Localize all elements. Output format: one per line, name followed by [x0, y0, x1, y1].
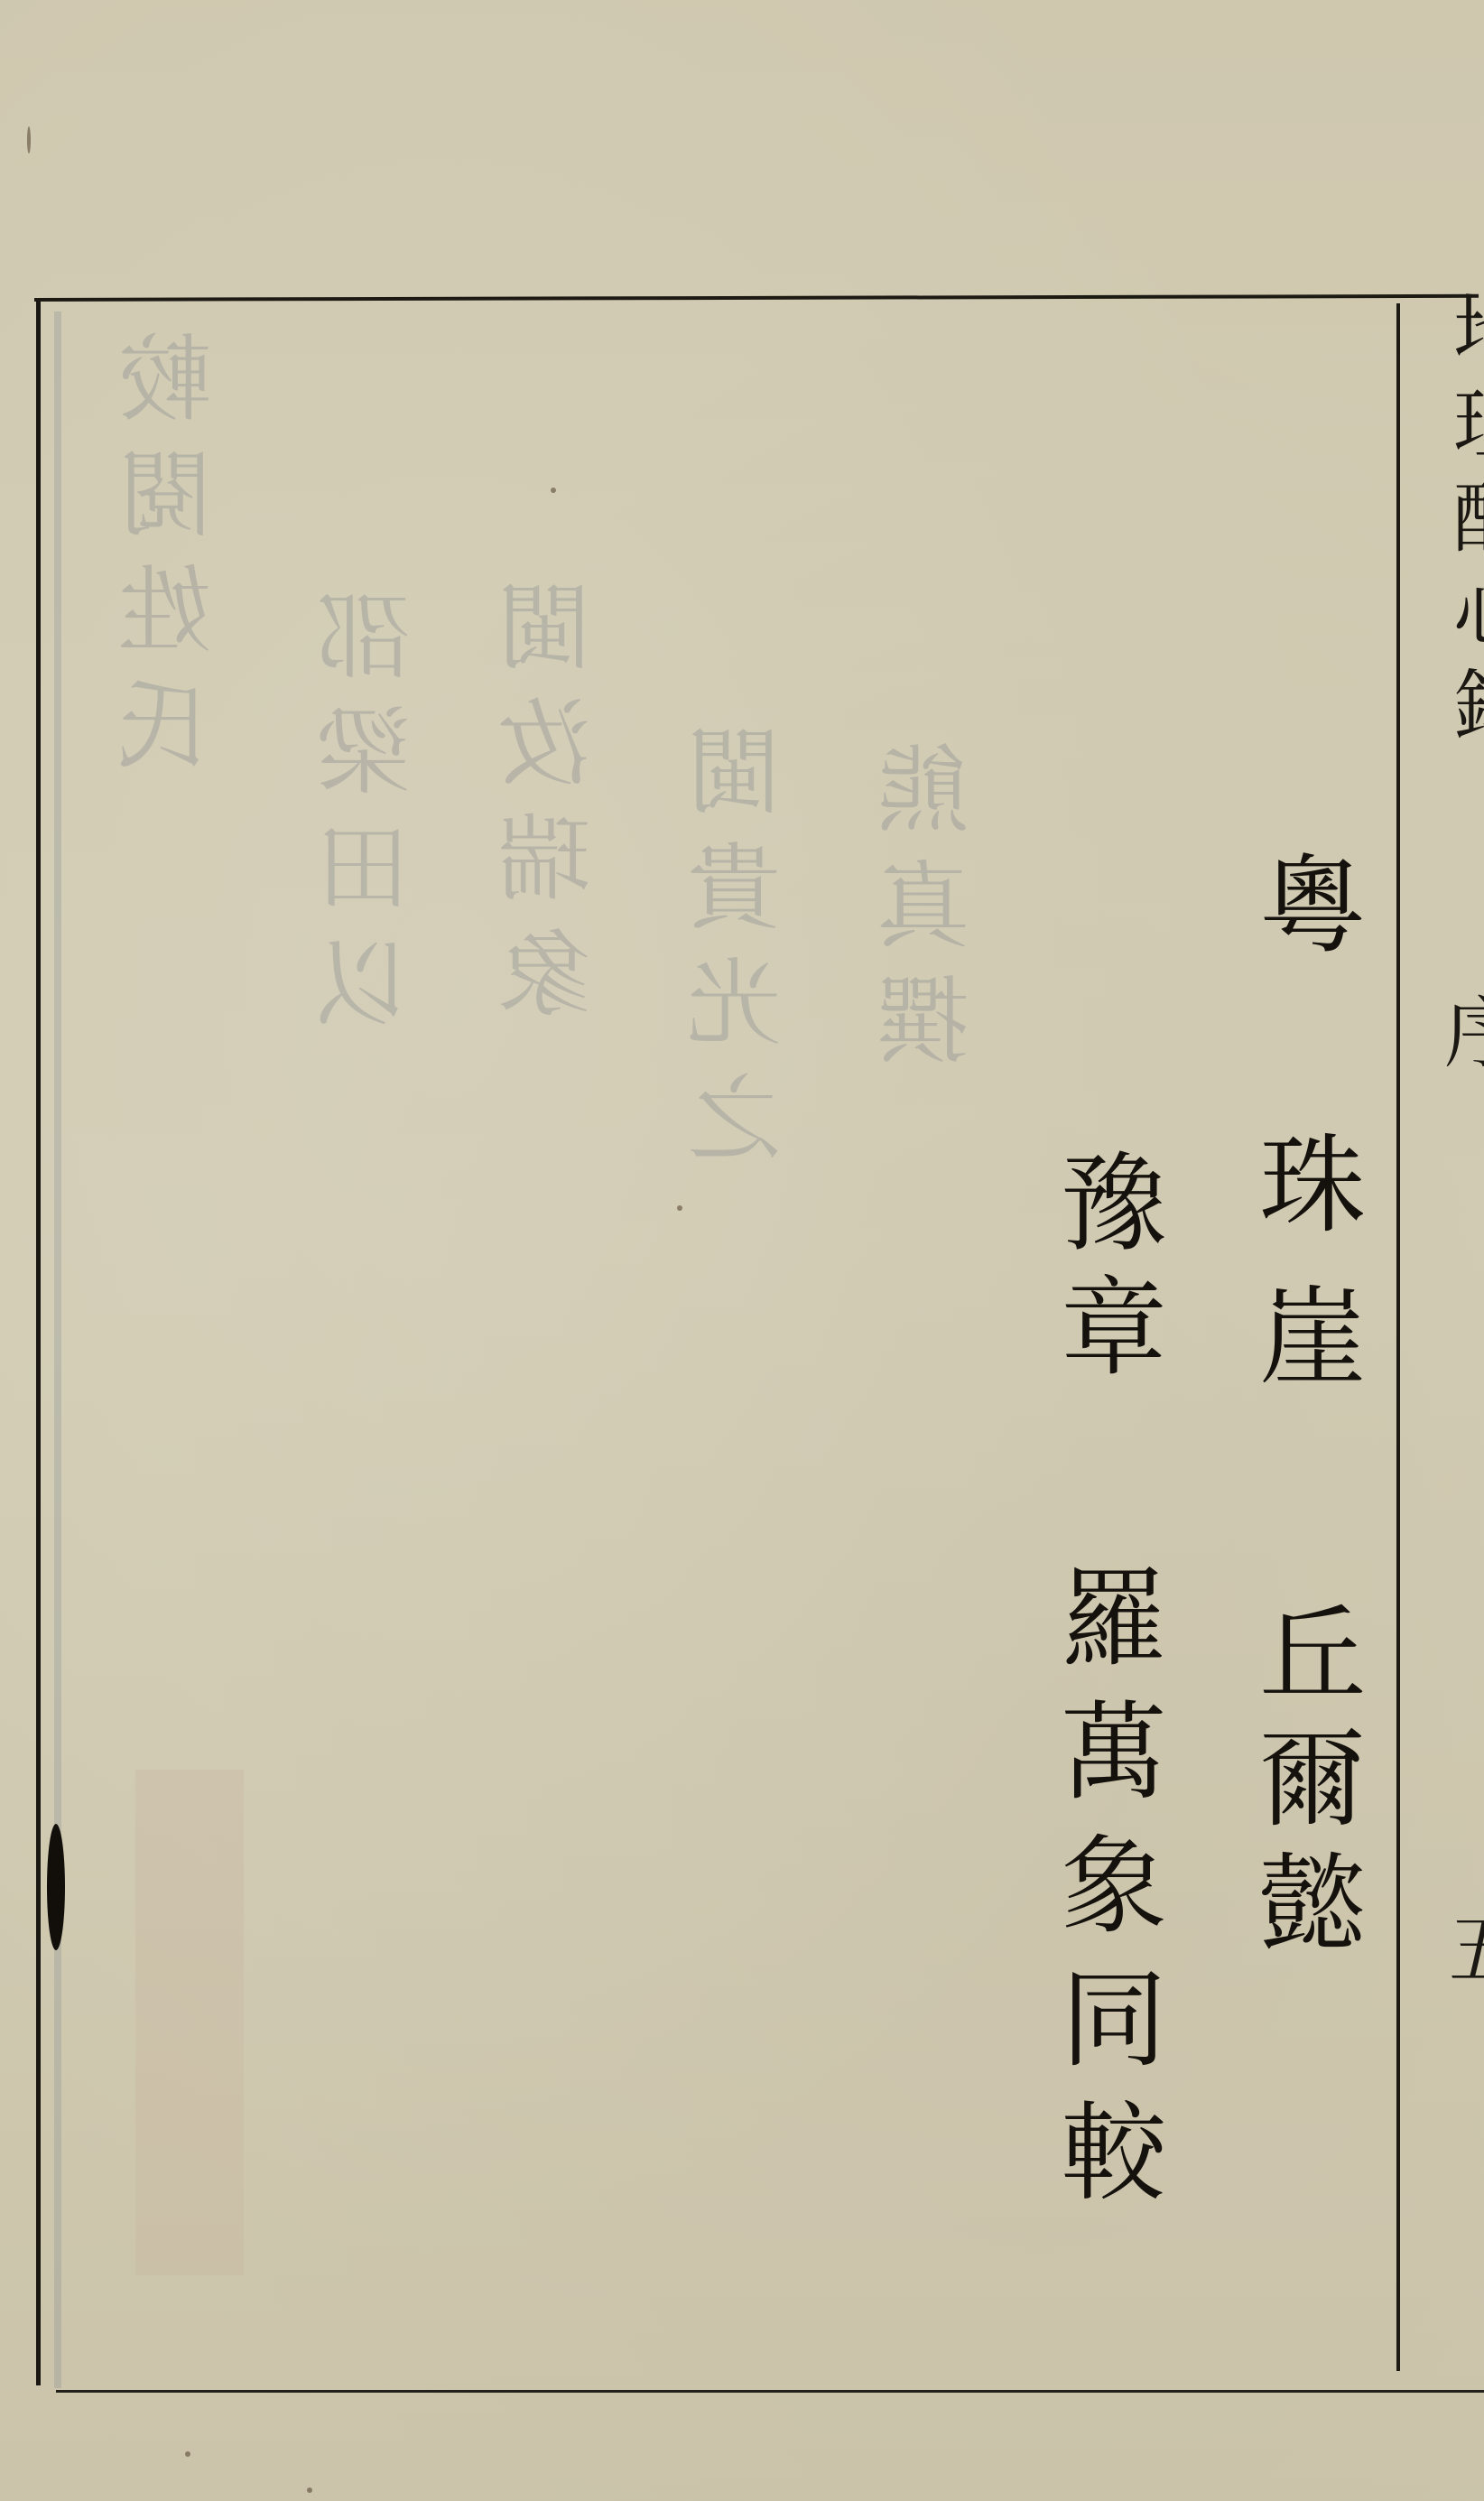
- frame-border-top: [34, 294, 1479, 302]
- fold-column-border: [1396, 303, 1400, 2371]
- author-name: 丘爾懿: [1250, 1598, 1357, 1972]
- paper-speck: [677, 1205, 682, 1211]
- frame-inner-shadow: [54, 311, 61, 2388]
- bleed-through-text: 較閱姓氏: [126, 330, 220, 792]
- bleed-through-text: 閩貴光之: [695, 722, 789, 1185]
- bleed-through-text: 閩汝瑞象: [505, 578, 599, 1040]
- section-label: 序: [1444, 971, 1484, 1083]
- bleed-through-text: 邵梁田以: [325, 587, 419, 1049]
- frame-border-left: [36, 300, 41, 2385]
- bleed-through-text: 熊真撰: [885, 740, 979, 1087]
- collator-place: 豫章: [1052, 1147, 1158, 1396]
- paper-speck: [551, 488, 556, 493]
- author-subplace: 珠崖: [1250, 1129, 1357, 1432]
- paper-speck: [27, 126, 31, 153]
- paper-speck: [185, 2451, 190, 2457]
- book-title: 地理醒心錄: [1415, 289, 1484, 758]
- stain: [135, 1770, 244, 2275]
- paper-speck: [307, 2487, 312, 2493]
- page-number: 五: [1449, 1887, 1484, 1999]
- ink-blot: [47, 1824, 65, 1950]
- collator-name: 羅萬象同較: [1052, 1562, 1158, 2230]
- frame-border-bottom: [56, 2390, 1484, 2393]
- author-place: 粵: [1250, 849, 1357, 964]
- book-page: 較閱姓氏 邵梁田以 閩汝瑞象 閩貴光之 熊真撰 地理醒心錄 序 五 粵 珠崖 丘…: [0, 0, 1484, 2501]
